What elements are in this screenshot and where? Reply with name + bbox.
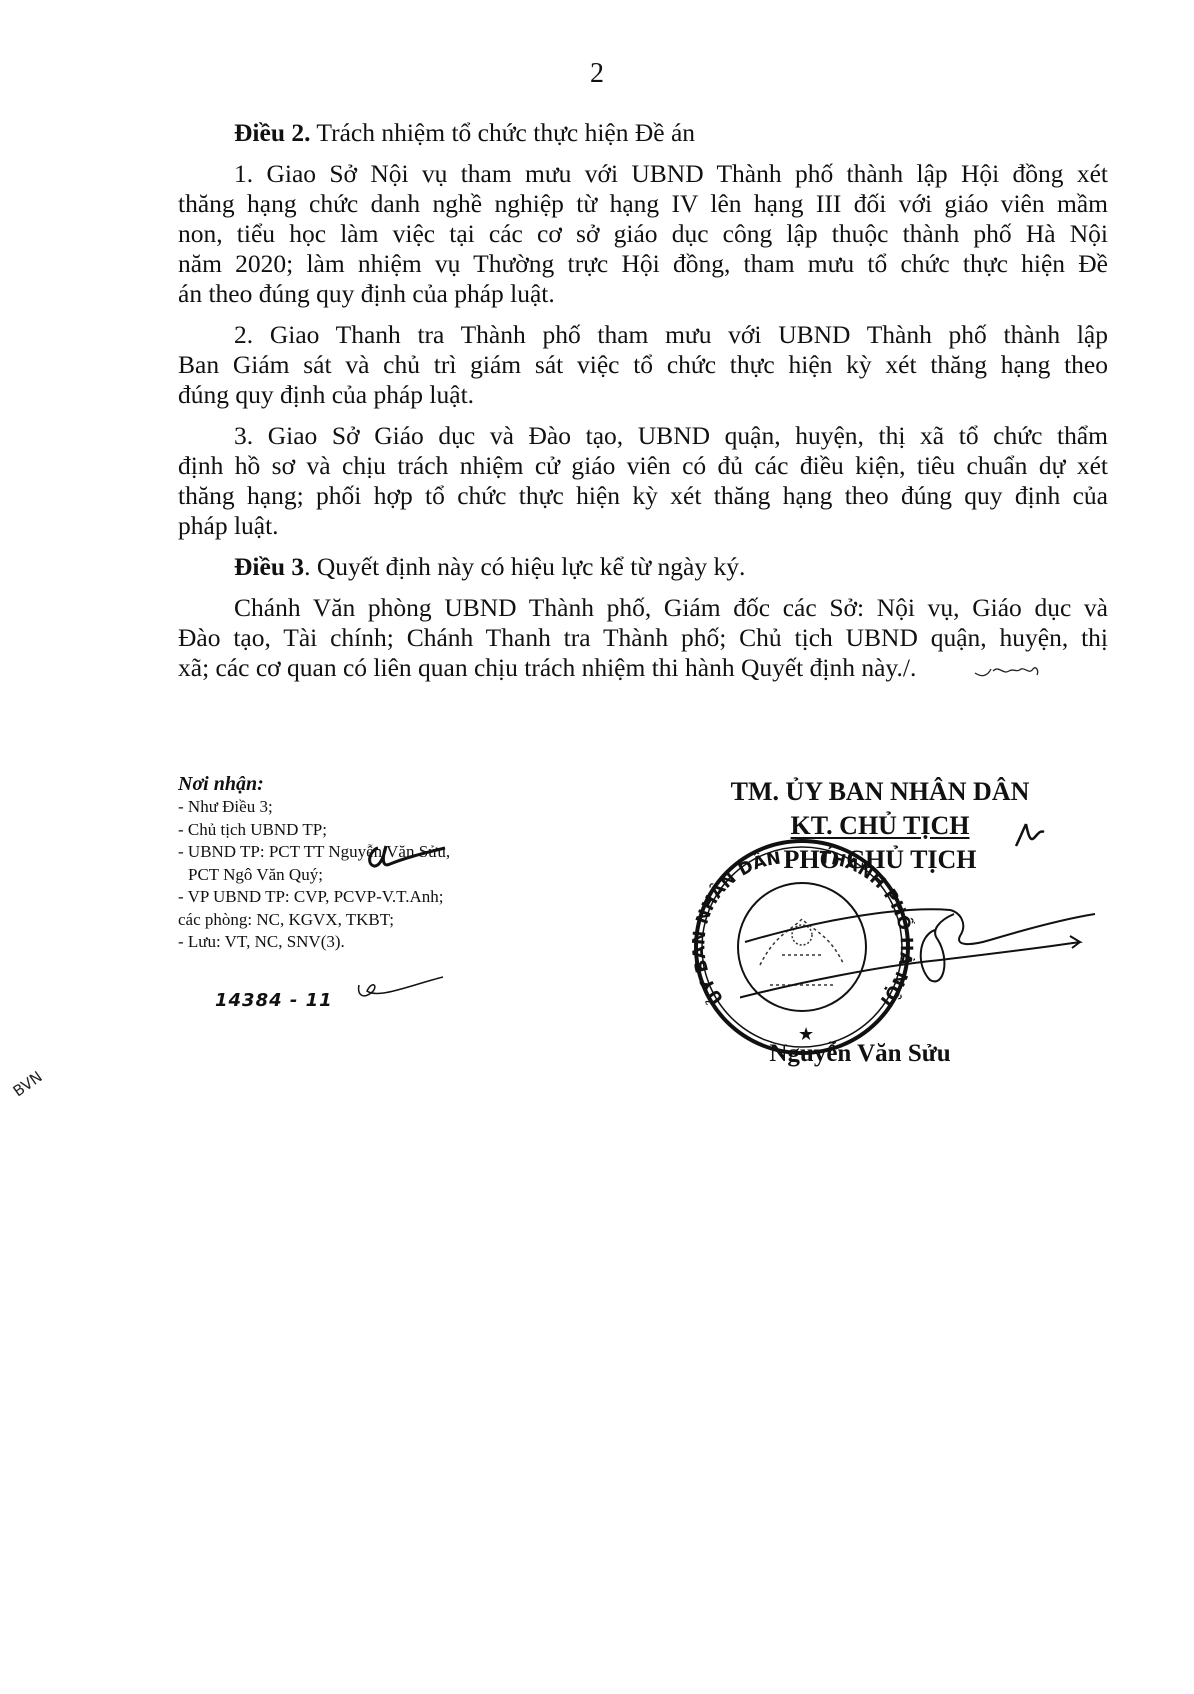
- signature-scribble-icon: [355, 965, 445, 1005]
- signature-title-line1: TM. ỦY BAN NHÂN DÂN: [690, 775, 1070, 809]
- text-line: Chánh Văn phòng UBND Thành phố, Giám đốc…: [178, 593, 1108, 623]
- text-line: 2. Giao Thanh tra Thành phố tham mưu với…: [178, 320, 1108, 350]
- text-line: 1. Giao Sở Nội vụ tham mưu với UBND Thàn…: [178, 159, 1108, 189]
- article-2-title: Trách nhiệm tổ chức thực hiện Đề án: [311, 118, 696, 147]
- text-line: thăng hạng chức danh nghề nghiệp từ hạng…: [178, 189, 1108, 219]
- text-line: án theo đúng quy định của pháp luật.: [178, 279, 1108, 309]
- text-line: non, tiểu học làm việc tại các cơ sở giá…: [178, 219, 1108, 249]
- article-2-label: Điều 2.: [234, 118, 311, 147]
- text-line: Ban Giám sát và chủ trì giám sát việc tổ…: [178, 350, 1108, 380]
- text-line: thăng hạng; phối hợp tổ chức thực hiện k…: [178, 481, 1108, 511]
- article-2-heading: Điều 2. Trách nhiệm tổ chức thực hiện Đề…: [178, 118, 1108, 148]
- text-line: xã; các cơ quan có liên quan chịu trách …: [178, 653, 1108, 683]
- recipient-item: - VP UBND TP: CVP, PCVP-V.T.Anh;: [178, 886, 450, 909]
- recipient-item: - UBND TP: PCT TT Nguyễn Văn Sửu,: [178, 841, 450, 864]
- recipient-item: - Lưu: VT, NC, SNV(3).: [178, 931, 450, 954]
- article-3-text: . Quyết định này có hiệu lực kể từ ngày …: [304, 552, 745, 581]
- text-line: Đào tạo, Tài chính; Chánh Thanh tra Thàn…: [178, 623, 1108, 653]
- page-number: 2: [0, 58, 1194, 90]
- handwritten-number: 14384 - 11: [215, 990, 333, 1011]
- document-body: Điều 2. Trách nhiệm tổ chức thực hiện Đề…: [178, 118, 1108, 694]
- recipients-block: Nơi nhận: - Như Điều 3; - Chủ tịch UBND …: [178, 772, 450, 954]
- article-3: Điều 3. Quyết định này có hiệu lực kể từ…: [178, 552, 1108, 582]
- text-line: pháp luật.: [178, 511, 1108, 541]
- text-line: định hồ sơ và chịu trách nhiệm cử giáo v…: [178, 451, 1108, 481]
- text-line: 3. Giao Sở Giáo dục và Đào tạo, UBND quậ…: [178, 421, 1108, 451]
- execution-clause: Chánh Văn phòng UBND Thành phố, Giám đốc…: [178, 593, 1108, 683]
- article-3-label: Điều 3: [234, 552, 304, 581]
- article-2-item-1: 1. Giao Sở Nội vụ tham mưu với UBND Thàn…: [178, 159, 1108, 309]
- margin-handwritten-note: BVN: [10, 1068, 46, 1101]
- recipients-title: Nơi nhận:: [178, 772, 450, 796]
- initials-scribble-icon: [973, 659, 1043, 683]
- signature-title-line2: KT. CHỦ TỊCH: [690, 809, 1070, 843]
- recipient-item: PCT Ngô Văn Quý;: [178, 864, 450, 887]
- recipient-item: - Chủ tịch UBND TP;: [178, 819, 450, 842]
- text-line: năm 2020; làm nhiệm vụ Thường trực Hội đ…: [178, 249, 1108, 279]
- signer-name: Nguyễn Văn Sửu: [690, 1040, 1030, 1068]
- recipient-item: các phòng: NC, KGVX, TKBT;: [178, 909, 450, 932]
- signature-title-line3: PHÓ CHỦ TỊCH: [690, 843, 1070, 877]
- article-2-item-3: 3. Giao Sở Giáo dục và Đào tạo, UBND quậ…: [178, 421, 1108, 541]
- article-2-item-2: 2. Giao Thanh tra Thành phố tham mưu với…: [178, 320, 1108, 410]
- recipient-item: - Như Điều 3;: [178, 796, 450, 819]
- text-line: đúng quy định của pháp luật.: [178, 380, 1108, 410]
- signature-block: TM. ỦY BAN NHÂN DÂN KT. CHỦ TỊCH PHÓ CHỦ…: [690, 775, 1070, 877]
